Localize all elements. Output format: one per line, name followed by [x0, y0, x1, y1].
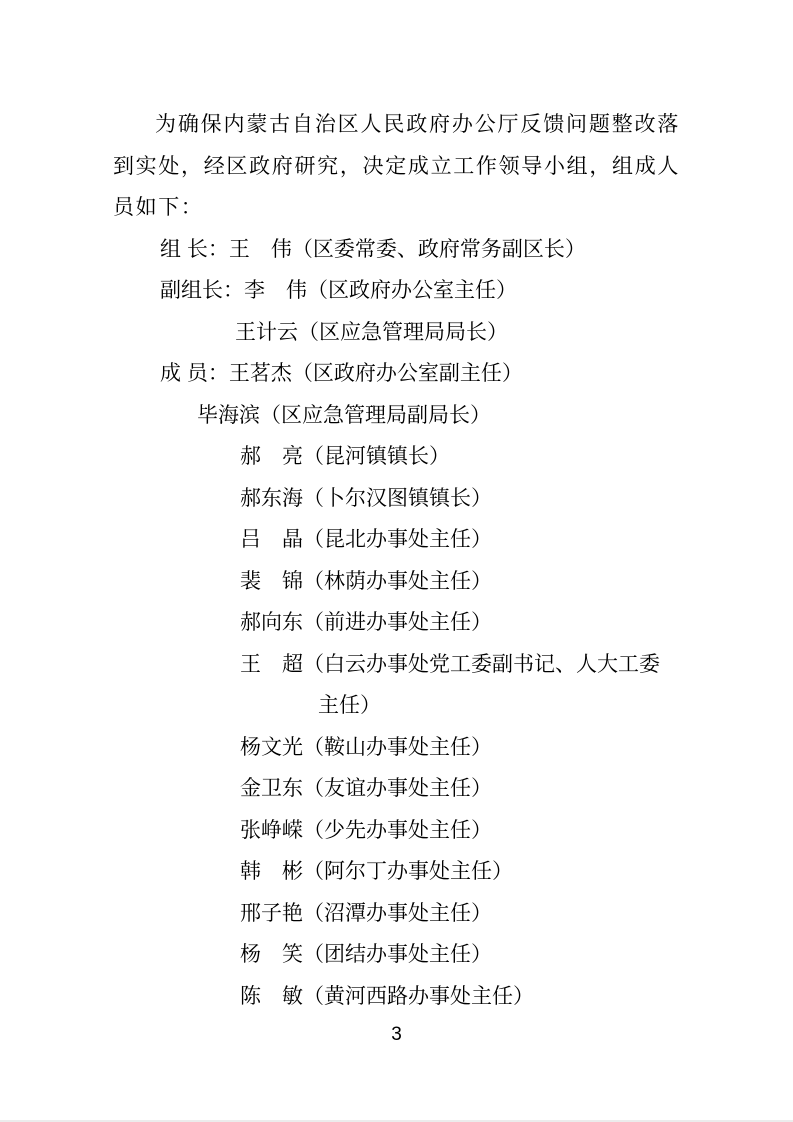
roster-line: 郝 亮（昆河镇镇长） [240, 436, 680, 478]
roster-line: 组 长：王 伟（区委常委、政府常务副区长） [160, 229, 680, 271]
intro-paragraph: 为确保内蒙古自治区人民政府办公厅反馈问题整改落到实处，经区政府研究，决定成立工作… [113, 104, 680, 229]
roster-line: 杨 笑（团结办事处主任） [240, 934, 680, 976]
roster-line: 裴 锦（林荫办事处主任） [240, 561, 680, 603]
roster-line: 张峥嵘（少先办事处主任） [240, 810, 680, 852]
roster-line: 成 员：王茗杰（区政府办公室副主任） [160, 353, 680, 395]
roster-line: 副组长：李 伟（区政府办公室主任） [160, 270, 680, 312]
roster-line: 邢子艳（沼潭办事处主任） [240, 893, 680, 935]
roster-line: 韩 彬（阿尔丁办事处主任） [240, 851, 680, 893]
roster-line: 郝向东（前进办事处主任） [240, 602, 680, 644]
page-number: 3 [113, 1023, 680, 1047]
leading-group-roster: 组 长：王 伟（区委常委、政府常务副区长）副组长：李 伟（区政府办公室主任）王计… [113, 229, 680, 1018]
roster-line: 主任） [318, 685, 680, 727]
roster-line: 陈 敏（黄河西路办事处主任） [240, 976, 680, 1018]
roster-line: 杨文光（鞍山办事处主任） [240, 727, 680, 769]
roster-line: 王计云（区应急管理局局长） [235, 312, 680, 354]
roster-line: 王 超（白云办事处党工委副书记、人大工委 [240, 644, 680, 686]
document-content: 为确保内蒙古自治区人民政府办公厅反馈问题整改落到实处，经区政府研究，决定成立工作… [113, 104, 680, 1047]
document-page: 为确保内蒙古自治区人民政府办公厅反馈问题整改落到实处，经区政府研究，决定成立工作… [0, 0, 793, 1122]
roster-line: 郝东海（卜尔汉图镇镇长） [240, 478, 680, 520]
roster-line: 毕海滨（区应急管理局副局长） [197, 395, 680, 437]
roster-line: 金卫东（友谊办事处主任） [240, 768, 680, 810]
roster-line: 吕 晶（昆北办事处主任） [240, 519, 680, 561]
